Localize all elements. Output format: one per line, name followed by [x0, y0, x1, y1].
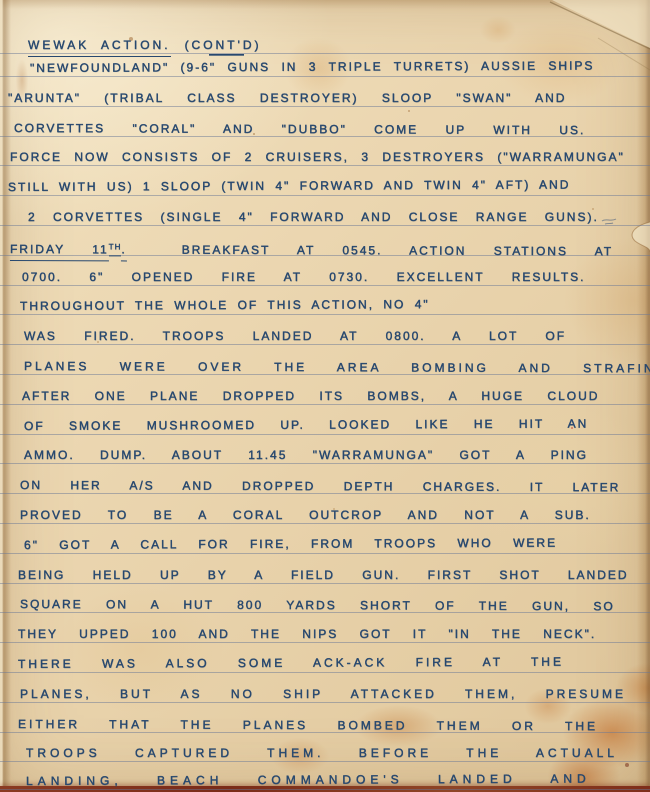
- ruled-line: [0, 314, 650, 315]
- text-segment: 6" GOT A CALL FOR FIRE, FROM TROOPS WHO …: [24, 536, 557, 552]
- text-segment: AFTER ONE PLANE DROPPED ITS BOMBS, A HUG…: [22, 389, 599, 403]
- handwriting-lines: WEWAK ACTION.(CONT'D)"NEWFOUNDLAND" (9-6…: [0, 0, 650, 792]
- text-segment: SQUARE ON A HUT 800 YARDS SHORT OF THE G…: [20, 597, 615, 613]
- text-segment: BREAKFAST AT 0545. ACTION STATIONS AT: [182, 243, 613, 259]
- handwriting-line: LANDING, BEACH COMMANDOE'S LANDED AND: [26, 772, 591, 788]
- text-segment: "ARUNTA" (TRIBAL CLASS DESTROYER) SLOOP …: [8, 91, 566, 105]
- handwriting-line: WAS FIRED. TROOPS LANDED AT 0800. A LOT …: [24, 329, 566, 343]
- ruled-line: [0, 761, 650, 762]
- text-segment: FRIDAY 11: [10, 242, 109, 261]
- handwriting-line: PLANES, BUT AS NO SHIP ATTACKED THEM, PR…: [20, 687, 626, 701]
- text-segment: WAS FIRED. TROOPS LANDED AT 0800. A LOT …: [24, 329, 566, 343]
- ruled-line: [0, 463, 650, 464]
- handwriting-line: THROUGHOUT THE WHOLE OF THIS ACTION, NO …: [20, 297, 430, 313]
- ruled-line: [0, 434, 650, 435]
- ruled-line: [0, 553, 650, 554]
- ruled-line: [0, 165, 650, 166]
- text-segment: PLANES WERE OVER THE AREA BOMBING AND ST…: [24, 359, 650, 375]
- handwriting-line: PLANES WERE OVER THE AREA BOMBING AND ST…: [24, 359, 650, 375]
- handwriting-line: TROOPS CAPTURED THEM. BEFORE THE ACTUALL…: [26, 746, 650, 760]
- page-heading: WEWAK ACTION.(CONT'D): [28, 38, 262, 52]
- ruled-line: [0, 642, 650, 643]
- handwriting-line: CORVETTES "CORAL" AND "DUBBO" COME UP WI…: [14, 121, 585, 137]
- text-segment: 0700. 6" OPENED FIRE AT 0730. EXCELLENT …: [22, 270, 586, 284]
- handwriting-line: FRIDAY 11TH.BREAKFAST AT 0545. ACTION ST…: [10, 240, 613, 258]
- ruled-line: [0, 789, 650, 790]
- ruled-line: [0, 702, 650, 703]
- ruled-line: [0, 672, 650, 673]
- ruled-line: [0, 106, 650, 107]
- text-segment: TROOPS CAPTURED THEM. BEFORE THE ACTUALL…: [26, 746, 650, 760]
- handwriting-line: EITHER THAT THE PLANES BOMBED THEM OR TH…: [18, 717, 598, 733]
- handwriting-line: PROVED TO BE A CORAL OUTCROP AND NOT A S…: [20, 508, 591, 522]
- text-segment: AMMO. DUMP. ABOUT 11.45 "WARRAMUNGA" GOT…: [24, 448, 588, 462]
- diary-page: WEWAK ACTION.(CONT'D)"NEWFOUNDLAND" (9-6…: [0, 0, 650, 792]
- handwriting-line: ON HER A/S AND DROPPED DEPTH CHARGES. IT…: [20, 478, 620, 494]
- text-segment: OF SMOKE MUSHROOMED UP. LOOKED LIKE HE H…: [24, 417, 588, 433]
- text-segment: BEING HELD UP BY A FIELD GUN. FIRST SHOT…: [18, 568, 629, 582]
- handwriting-line: "ARUNTA" (TRIBAL CLASS DESTROYER) SLOOP …: [8, 91, 566, 105]
- text-segment: WEWAK ACTION.: [28, 38, 171, 57]
- text-segment: PLANES, BUT AS NO SHIP ATTACKED THEM, PR…: [20, 687, 626, 701]
- handwriting-line: 2 CORVETTES (SINGLE 4" FORWARD AND CLOSE…: [28, 210, 599, 224]
- ruled-line: [0, 225, 650, 226]
- text-segment: CORVETTES "CORAL" AND "DUBBO" COME UP WI…: [14, 121, 585, 137]
- ruled-line: [0, 285, 650, 286]
- handwriting-line: AMMO. DUMP. ABOUT 11.45 "WARRAMUNGA" GOT…: [24, 448, 588, 462]
- text-segment: PROVED TO BE A CORAL OUTCROP AND NOT A S…: [20, 508, 591, 522]
- text-segment: TH: [109, 242, 122, 256]
- handwriting-line: OF SMOKE MUSHROOMED UP. LOOKED LIKE HE H…: [24, 417, 588, 433]
- ruled-line: [0, 344, 650, 345]
- ruled-line: [0, 404, 650, 405]
- text-segment: ON HER A/S AND DROPPED DEPTH CHARGES. IT…: [20, 478, 620, 494]
- ruled-line: [0, 195, 650, 196]
- text-segment: THERE WAS ALSO SOME ACK-ACK FIRE AT THE: [18, 655, 564, 671]
- text-segment: 2 CORVETTES (SINGLE 4" FORWARD AND CLOSE…: [28, 210, 599, 224]
- handwriting-line: FORCE NOW CONSISTS OF 2 CRUISERS, 3 DEST…: [10, 150, 625, 164]
- handwriting-line: THERE WAS ALSO SOME ACK-ACK FIRE AT THE: [18, 655, 564, 671]
- handwriting-line: STILL WITH US) 1 SLOOP (TWIN 4" FORWARD …: [8, 178, 570, 194]
- text-segment: .: [121, 242, 126, 261]
- text-segment: LANDING, BEACH COMMANDOE'S LANDED AND: [26, 772, 591, 788]
- handwriting-line: SQUARE ON A HUT 800 YARDS SHORT OF THE G…: [20, 597, 615, 613]
- text-segment: FORCE NOW CONSISTS OF 2 CRUISERS, 3 DEST…: [10, 150, 625, 164]
- handwriting-line: 0700. 6" OPENED FIRE AT 0730. EXCELLENT …: [22, 270, 586, 284]
- text-segment: STILL WITH US) 1 SLOOP (TWIN 4" FORWARD …: [8, 178, 570, 194]
- ruled-line: [0, 523, 650, 524]
- handwriting-line: "NEWFOUNDLAND" (9-6" GUNS IN 3 TRIPLE TU…: [30, 59, 594, 75]
- ruled-line: [0, 583, 650, 584]
- handwriting-line: AFTER ONE PLANE DROPPED ITS BOMBS, A HUG…: [22, 389, 599, 403]
- handwriting-line: THEY UPPED 100 AND THE NIPS GOT IT "IN T…: [18, 627, 596, 641]
- text-segment: "NEWFOUNDLAND" (9-6" GUNS IN 3 TRIPLE TU…: [30, 59, 594, 75]
- text-segment: THROUGHOUT THE WHOLE OF THIS ACTION, NO …: [20, 297, 430, 313]
- handwriting-line: BEING HELD UP BY A FIELD GUN. FIRST SHOT…: [18, 568, 629, 582]
- text-segment: THEY UPPED 100 AND THE NIPS GOT IT "IN T…: [18, 627, 596, 641]
- handwriting-line: 6" GOT A CALL FOR FIRE, FROM TROOPS WHO …: [24, 536, 557, 552]
- text-segment: (CONT'D): [185, 38, 262, 56]
- ruled-line: [0, 76, 650, 77]
- text-segment: EITHER THAT THE PLANES BOMBED THEM OR TH…: [18, 717, 598, 733]
